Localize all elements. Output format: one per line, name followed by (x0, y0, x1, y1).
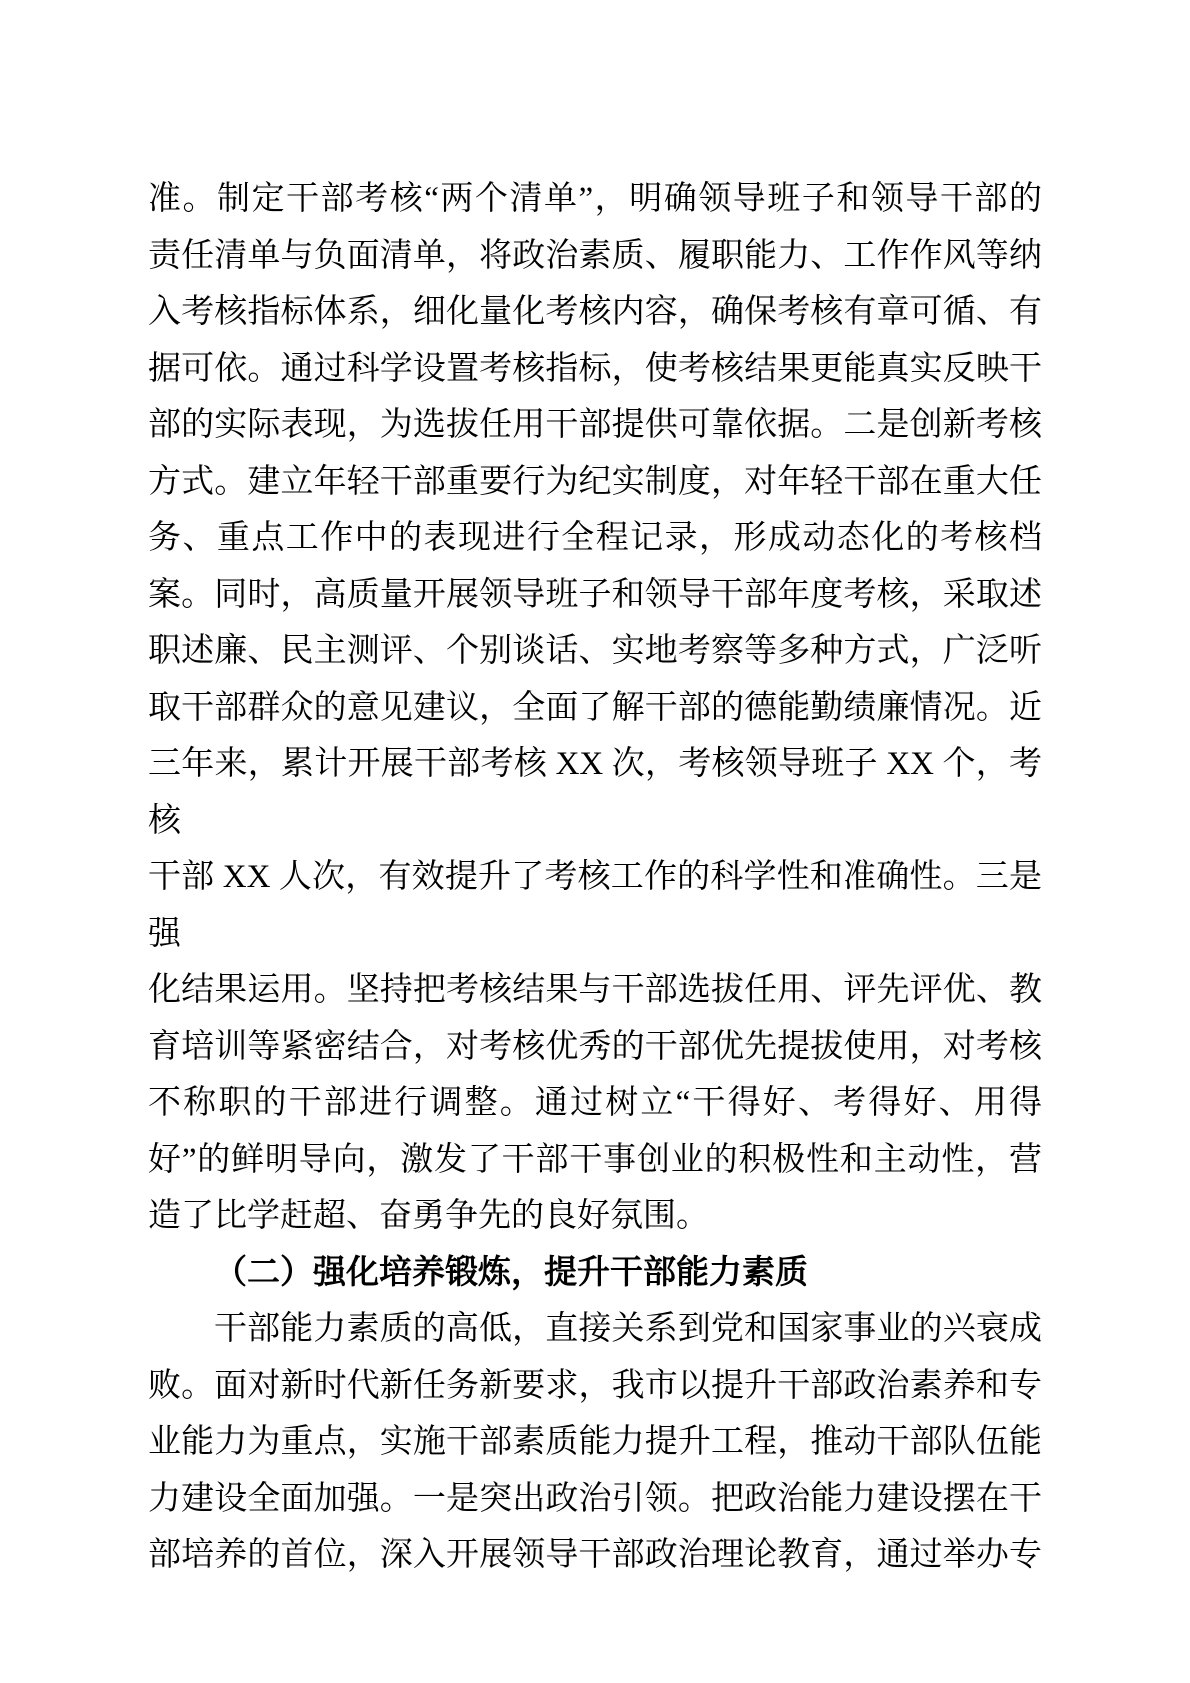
body-line: 职述廉、民主测评、个别谈话、实地考察等多种方式，广泛听 (148, 623, 1042, 680)
body-line: 化结果运用。坚持把考核结果与干部选拔任用、评先评优、教 (148, 962, 1042, 1019)
body-line: 好”的鲜明导向，激发了干部干事创业的积极性和主动性，营 (148, 1132, 1042, 1189)
body-line: 入考核指标体系，细化量化考核内容，确保考核有章可循、有 (148, 284, 1042, 341)
body-line: 准。制定干部考核“两个清单”，明确领导班子和领导干部的 (148, 171, 1042, 228)
body-line: 据可依。通过科学设置考核指标，使考核结果更能真实反映干 (148, 341, 1042, 398)
body-line: 三年来，累计开展干部考核 XX 次，考核领导班子 XX 个，考核 (148, 736, 1042, 849)
body-line: 责任清单与负面清单，将政治素质、履职能力、工作作风等纳 (148, 228, 1042, 285)
body-line: 部的实际表现，为选拔任用干部提供可靠依据。二是创新考核 (148, 397, 1042, 454)
body-line: 部培养的首位，深入开展领导干部政治理论教育，通过举办专 (148, 1527, 1042, 1584)
body-line: 取干部群众的意见建议，全面了解干部的德能勤绩廉情况。近 (148, 680, 1042, 737)
document-body: 准。制定干部考核“两个清单”，明确领导班子和领导干部的责任清单与负面清单，将政治… (148, 171, 1042, 1584)
body-line: 务、重点工作中的表现进行全程记录，形成动态化的考核档 (148, 510, 1042, 567)
body-line: 败。面对新时代新任务新要求，我市以提升干部政治素养和专 (148, 1358, 1042, 1415)
body-line: 造了比学赶超、奋勇争先的良好氛围。 (148, 1188, 1042, 1245)
body-line: 力建设全面加强。一是突出政治引领。把政治能力建设摆在干 (148, 1471, 1042, 1528)
body-line: 业能力为重点，实施干部素质能力提升工程，推动干部队伍能 (148, 1414, 1042, 1471)
body-line: 方式。建立年轻干部重要行为纪实制度，对年轻干部在重大任 (148, 454, 1042, 511)
body-line: 案。同时，高质量开展领导班子和领导干部年度考核，采取述 (148, 567, 1042, 624)
body-line: 育培训等紧密结合，对考核优秀的干部优先提拔使用，对考核 (148, 1019, 1042, 1076)
section-heading: （二）强化培养锻炼，提升干部能力素质 (148, 1245, 1042, 1302)
document-page: 准。制定干部考核“两个清单”，明确领导班子和领导干部的责任清单与负面清单，将政治… (0, 0, 1190, 1683)
body-line: 干部 XX 人次，有效提升了考核工作的科学性和准确性。三是强 (148, 849, 1042, 962)
body-line: 干部能力素质的高低，直接关系到党和国家事业的兴衰成 (148, 1301, 1042, 1358)
body-line: 不称职的干部进行调整。通过树立“干得好、考得好、用得 (148, 1075, 1042, 1132)
